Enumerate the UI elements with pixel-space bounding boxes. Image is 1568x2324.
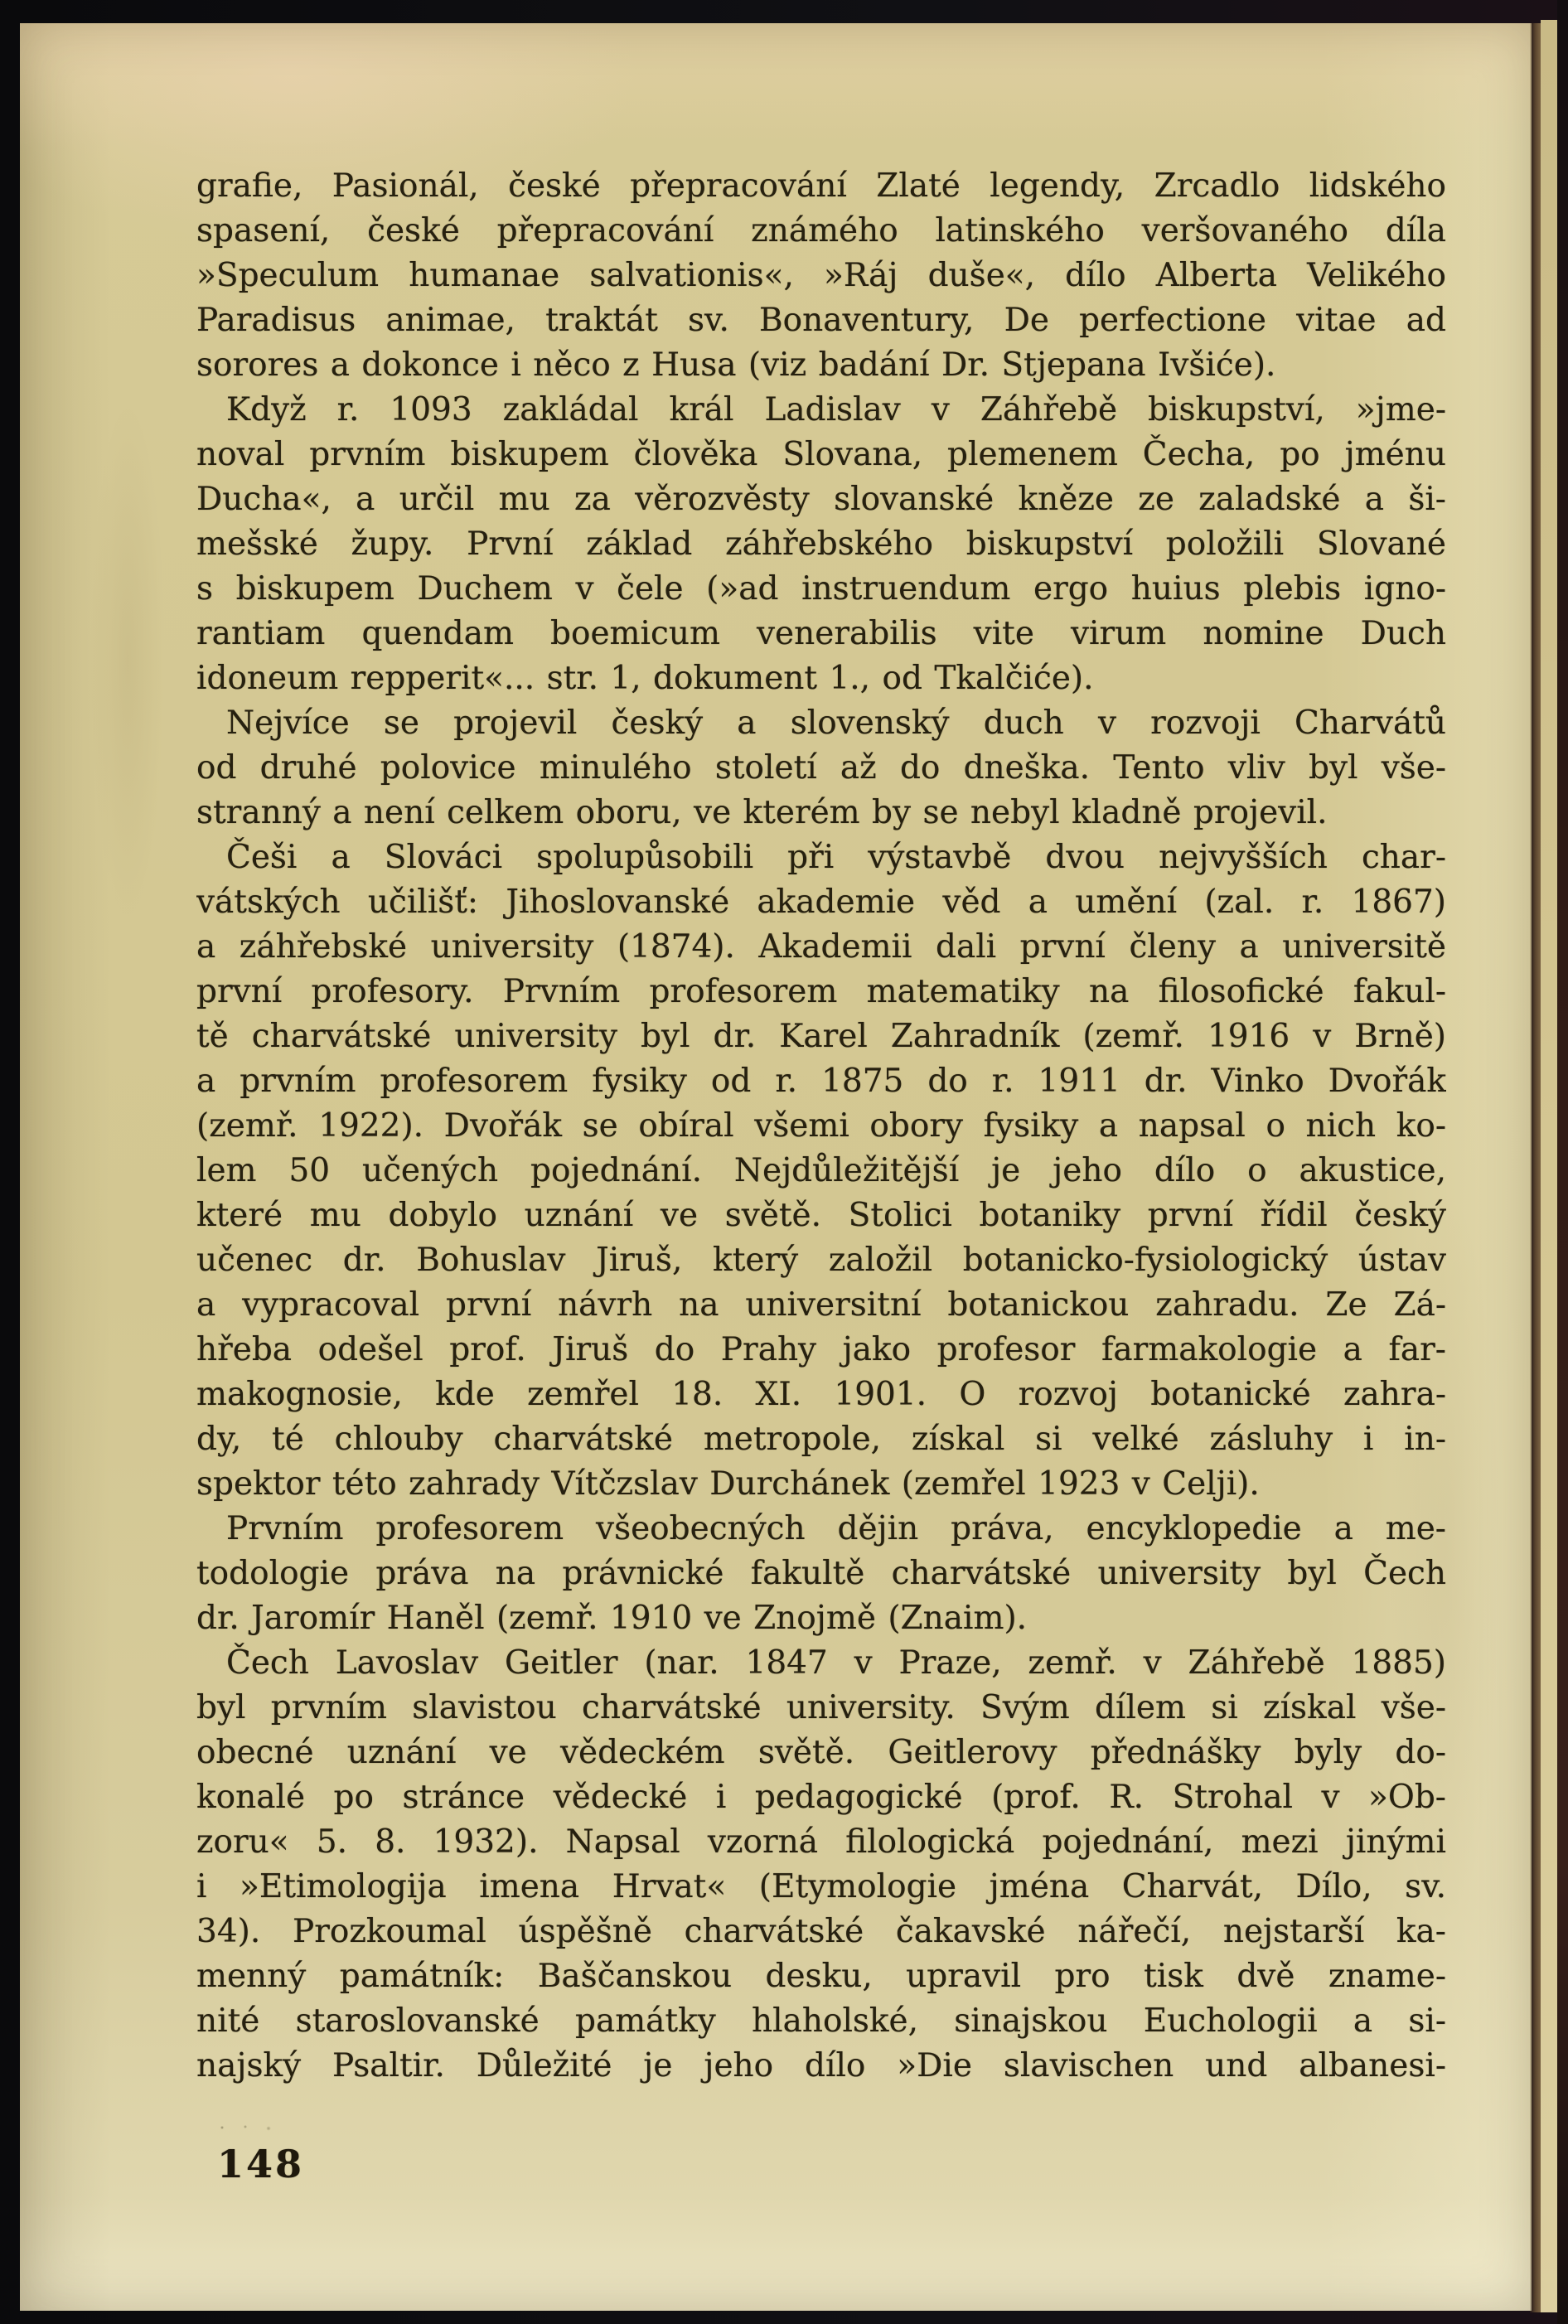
text-line: stranný a není celkem oboru, ve kterém b…	[196, 791, 1446, 835]
text-line: hřeba odešel prof. Jiruš do Prahy jako p…	[196, 1328, 1446, 1373]
text-line: grafie, Pasionál, české přepracování Zla…	[196, 164, 1446, 209]
text-line: Paradisus animae, traktát sv. Bonaventur…	[196, 298, 1446, 343]
text-line: Když r. 1093 zakládal král Ladislav v Zá…	[196, 388, 1446, 433]
text-line: spasení, české přepracování známého lati…	[196, 209, 1446, 254]
page: grafie, Pasionál, české přepracování Zla…	[20, 23, 1532, 2311]
scan-artifact	[217, 2123, 275, 2132]
page-number: 148	[217, 2142, 304, 2186]
text-line: obecné uznání ve vědeckém světě. Geitler…	[196, 1731, 1446, 1775]
text-line: noval prvním biskupem člověka Slovana, p…	[196, 433, 1446, 477]
scanned-book-page: grafie, Pasionál, české přepracování Zla…	[0, 0, 1568, 2324]
page-edge-shadow	[1530, 23, 1541, 2312]
text-line: od druhé polovice minulého století až do…	[196, 746, 1446, 791]
text-line: i »Etimologija imena Hrvat« (Etymologie …	[196, 1865, 1446, 1910]
text-line: dr. Jaromír Haněl (zemř. 1910 ve Znojmě …	[196, 1596, 1446, 1641]
paper-stain	[70, 288, 186, 1034]
text-line: Prvním profesorem všeobecných dějin práv…	[196, 1507, 1446, 1552]
text-line: lem 50 učených pojednání. Nejdůležitější…	[196, 1149, 1446, 1193]
text-line: menný památník: Baščanskou desku, upravi…	[196, 1954, 1446, 1999]
text-line: 34). Prozkoumal úspěšně charvátské čakav…	[196, 1910, 1446, 1954]
text-line: a vypracoval první návrh na universitní …	[196, 1283, 1446, 1328]
text-line: zoru« 5. 8. 1932). Napsal vzorná filolog…	[196, 1820, 1446, 1865]
text-line: (zemř. 1922). Dvořák se obíral všemi obo…	[196, 1104, 1446, 1149]
text-line: sorores a dokonce i něco z Husa (viz bad…	[196, 343, 1446, 388]
text-line: které mu dobylo uznání ve světě. Stolici…	[196, 1193, 1446, 1238]
text-line: najský Psaltir. Důležité je jeho dílo »D…	[196, 2044, 1446, 2089]
text-line: spektor této zahrady Vítčzslav Durchánek…	[196, 1462, 1446, 1507]
text-line: učenec dr. Bohuslav Jiruš, který založil…	[196, 1238, 1446, 1283]
text-line: »Speculum humanae salvationis«, »Ráj duš…	[196, 254, 1446, 298]
text-line: byl prvním slavistou charvátské universi…	[196, 1686, 1446, 1731]
text-line: konalé po stránce vědecké i pedagogické …	[196, 1775, 1446, 1820]
book-edge	[1541, 20, 1557, 2312]
text-line: mešské župy. První základ záhřebského bi…	[196, 522, 1446, 567]
text-line: todologie práva na právnické fakultě cha…	[196, 1552, 1446, 1596]
text-line: idoneum repperit«... str. 1, dokument 1.…	[196, 656, 1446, 701]
text-line: a prvním profesorem fysiky od r. 1875 do…	[196, 1059, 1446, 1104]
text-line: s biskupem Duchem v čele (»ad instruendu…	[196, 567, 1446, 612]
scan-background-right	[1557, 0, 1568, 2324]
text-line: Čech Lavoslav Geitler (nar. 1847 v Praze…	[196, 1641, 1446, 1686]
text-line: Nejvíce se projevil český a slovenský du…	[196, 701, 1446, 746]
text-line: a záhřebské university (1874). Akademii …	[196, 925, 1446, 970]
text-line: první profesory. Prvním profesorem matem…	[196, 970, 1446, 1014]
text-line: makognosie, kde zemřel 18. XI. 1901. O r…	[196, 1373, 1446, 1417]
text-line: Češi a Slováci spolupůsobili při výstavb…	[196, 835, 1446, 880]
text-line: nité staroslovanské památky hlaholské, s…	[196, 1999, 1446, 2044]
text-line: dy, té chlouby charvátské metropole, zís…	[196, 1417, 1446, 1462]
text-line: rantiam quendam boemicum venerabilis vit…	[196, 612, 1446, 656]
page-text: grafie, Pasionál, české přepracování Zla…	[196, 164, 1446, 2089]
text-line: vátských učilišť: Jihoslovanské akademie…	[196, 880, 1446, 925]
text-line: Ducha«, a určil mu za věrozvěsty slovans…	[196, 477, 1446, 522]
text-line: tě charvátské university byl dr. Karel Z…	[196, 1014, 1446, 1059]
